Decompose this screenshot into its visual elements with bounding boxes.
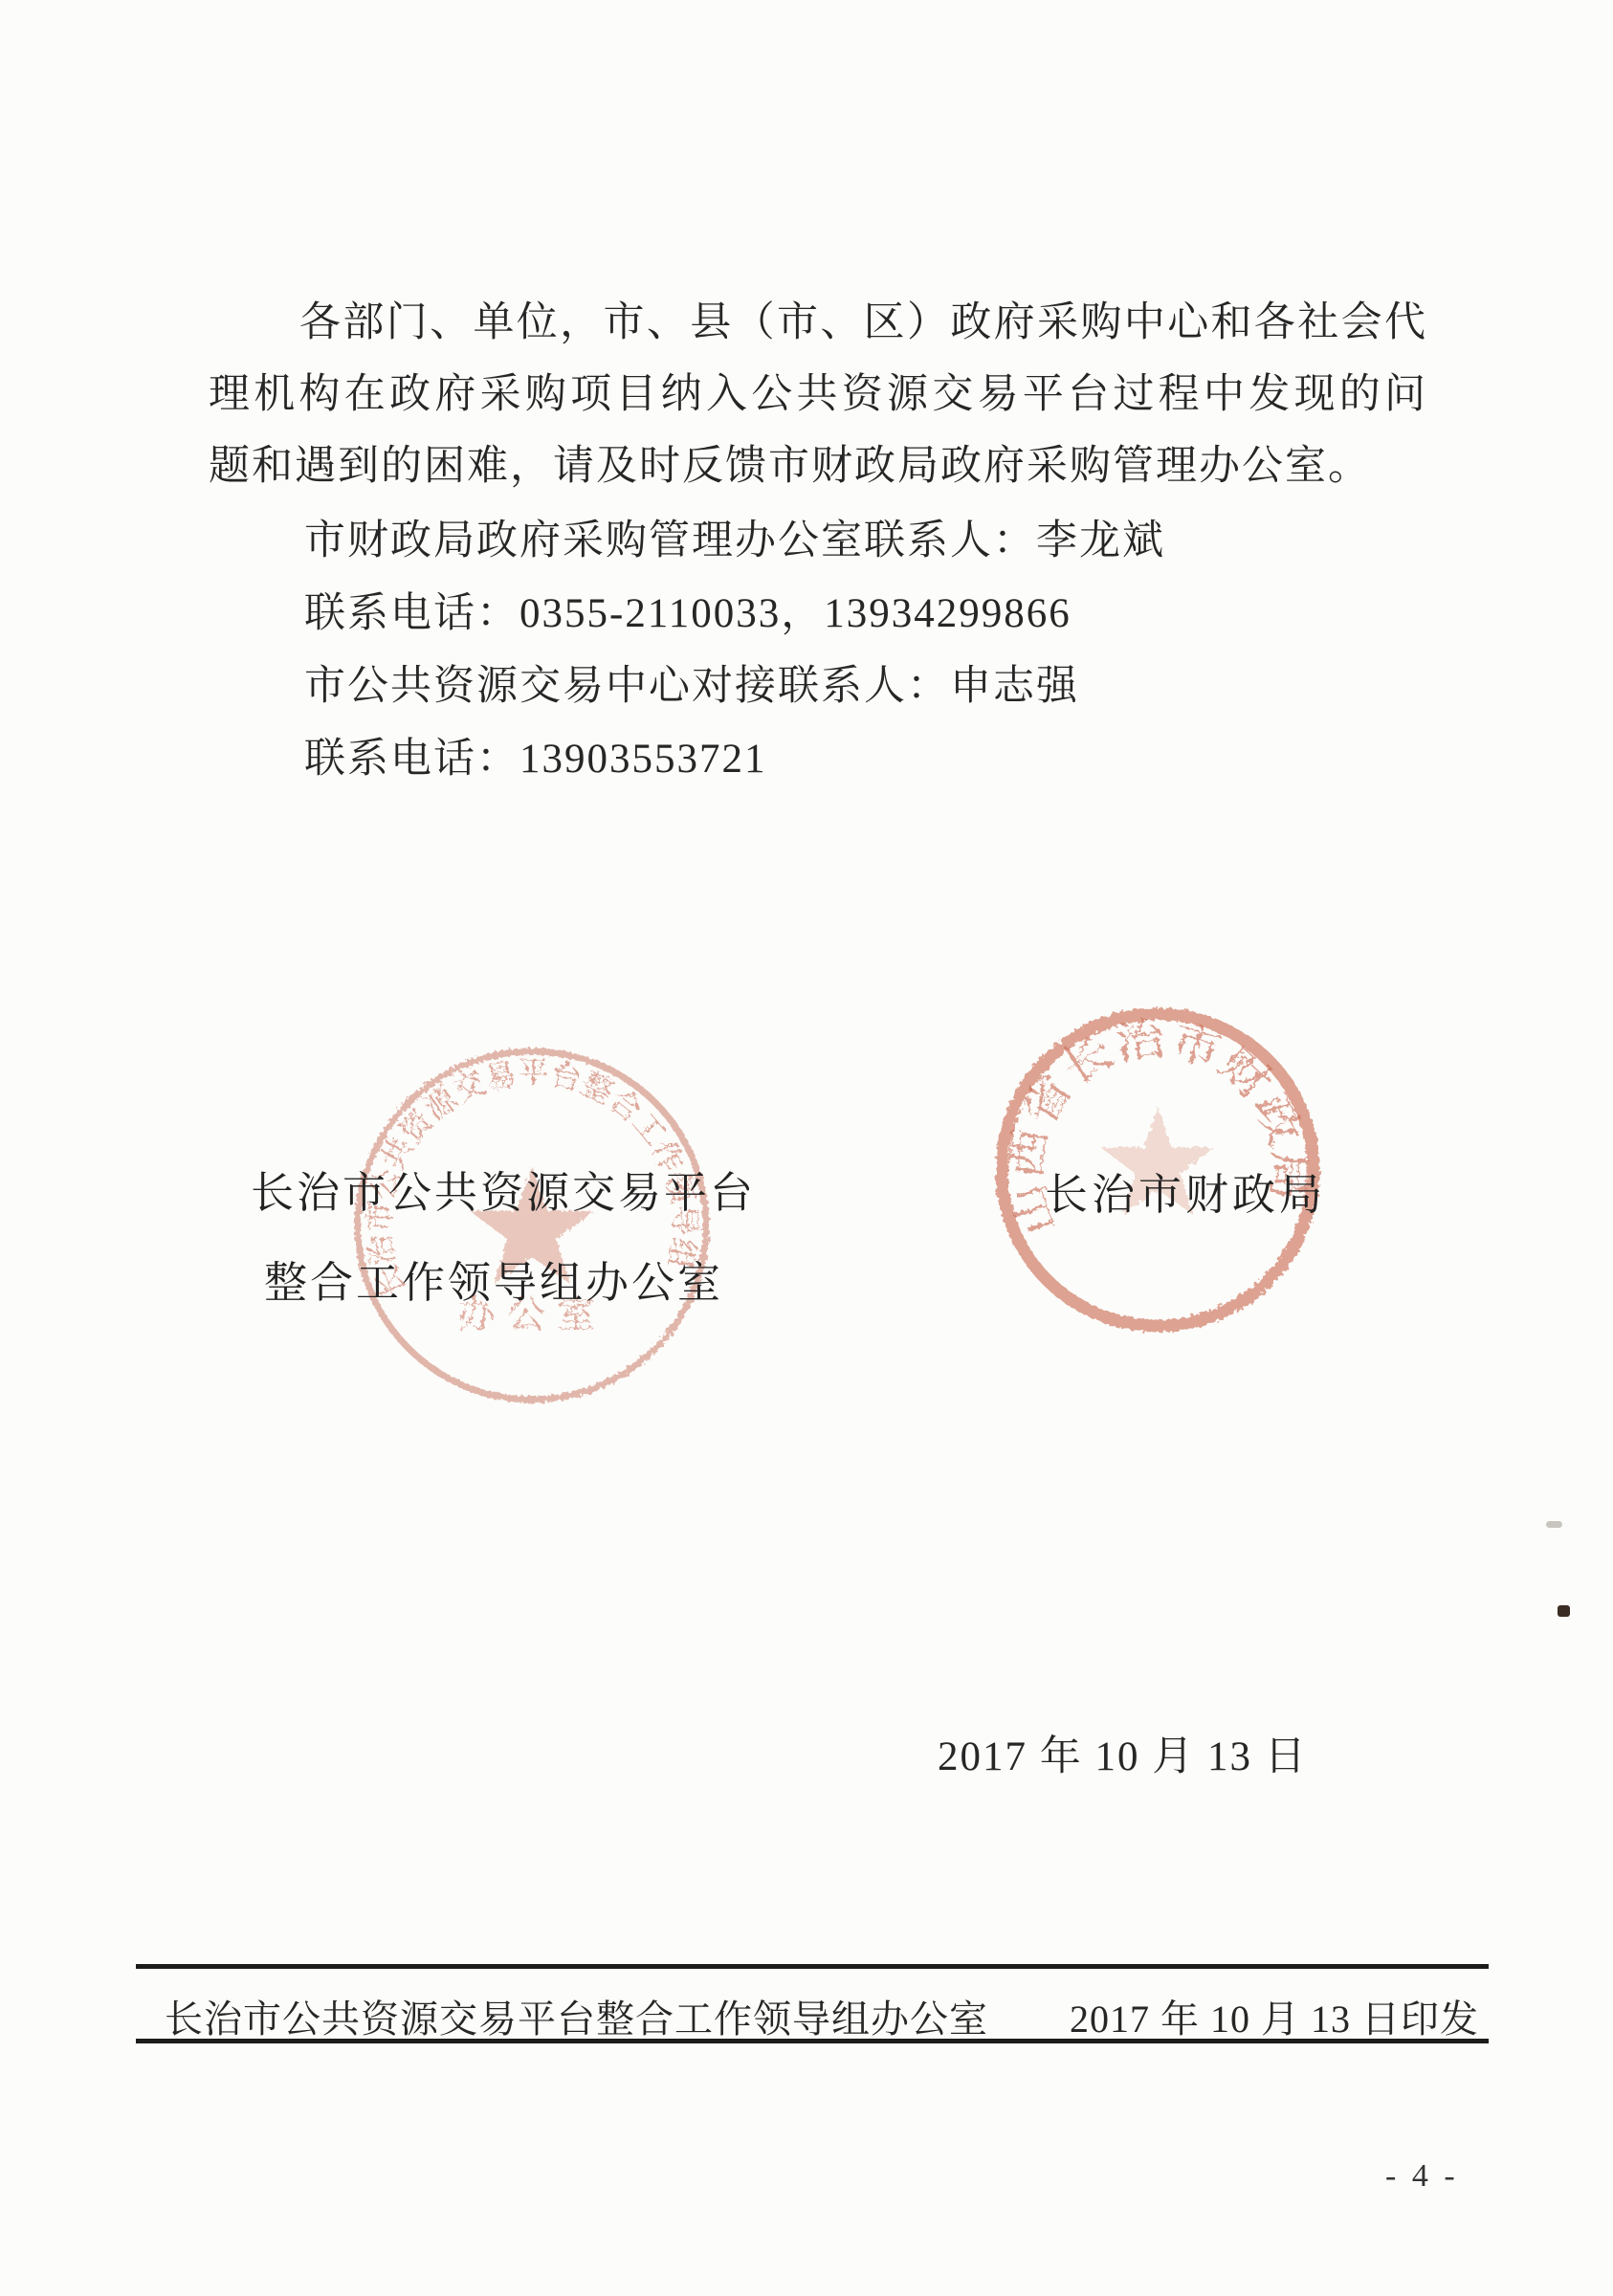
signature-org-left: 长治市公共资源交易平台 整合工作领导组办公室 xyxy=(251,1148,756,1328)
signature-org-right: 长治市财政局 xyxy=(1045,1159,1326,1222)
scan-speck xyxy=(1558,1605,1570,1617)
signature-line: 整合工作领导组办公室 xyxy=(264,1238,756,1328)
contact-person-line: 市公共资源交易中心对接联系人：申志强 xyxy=(304,651,1165,723)
paragraph-line: 各部门、单位，市、县（市、区）政府采购中心和各社会代 xyxy=(209,287,1427,359)
paragraph-line: 题和遇到的困难，请及时反馈市财政局政府采购管理办公室。 xyxy=(209,430,1427,502)
footer-rule-top xyxy=(136,1964,1489,1969)
footer-rule-bottom xyxy=(136,2039,1489,2043)
contact-phone-line: 联系电话：13903553721 xyxy=(304,723,1165,796)
scan-speck xyxy=(1546,1521,1562,1528)
paragraph-line: 理机构在政府采购项目纳入公共资源交易平台过程中发现的问 xyxy=(209,359,1427,430)
footer-print-date: 2017 年 10 月 13 日印发 xyxy=(1070,1989,1479,2043)
contact-info-block: 市财政局政府采购管理办公室联系人：李龙斌 联系电话：0355-2110033，1… xyxy=(304,505,1165,796)
contact-person-line: 市财政局政府采购管理办公室联系人：李龙斌 xyxy=(304,505,1165,578)
footer-issuer: 长治市公共资源交易平台整合工作领导组办公室 xyxy=(165,1989,988,2043)
contact-phone-line: 联系电话：0355-2110033，13934299866 xyxy=(304,578,1165,651)
issue-date: 2017 年 10 月 13 日 xyxy=(938,1724,1308,1782)
footer-line: 长治市公共资源交易平台整合工作领导组办公室 2017 年 10 月 13 日印发 xyxy=(136,1989,1489,2043)
signature-line: 长治市公共资源交易平台 xyxy=(251,1148,756,1238)
page-number: - 4 - xyxy=(1385,2158,1459,2195)
body-paragraph: 各部门、单位，市、县（市、区）政府采购中心和各社会代 理机构在政府采购项目纳入公… xyxy=(209,287,1427,502)
scanned-document-page: 各部门、单位，市、县（市、区）政府采购中心和各社会代 理机构在政府采购项目纳入公… xyxy=(0,0,1613,2296)
